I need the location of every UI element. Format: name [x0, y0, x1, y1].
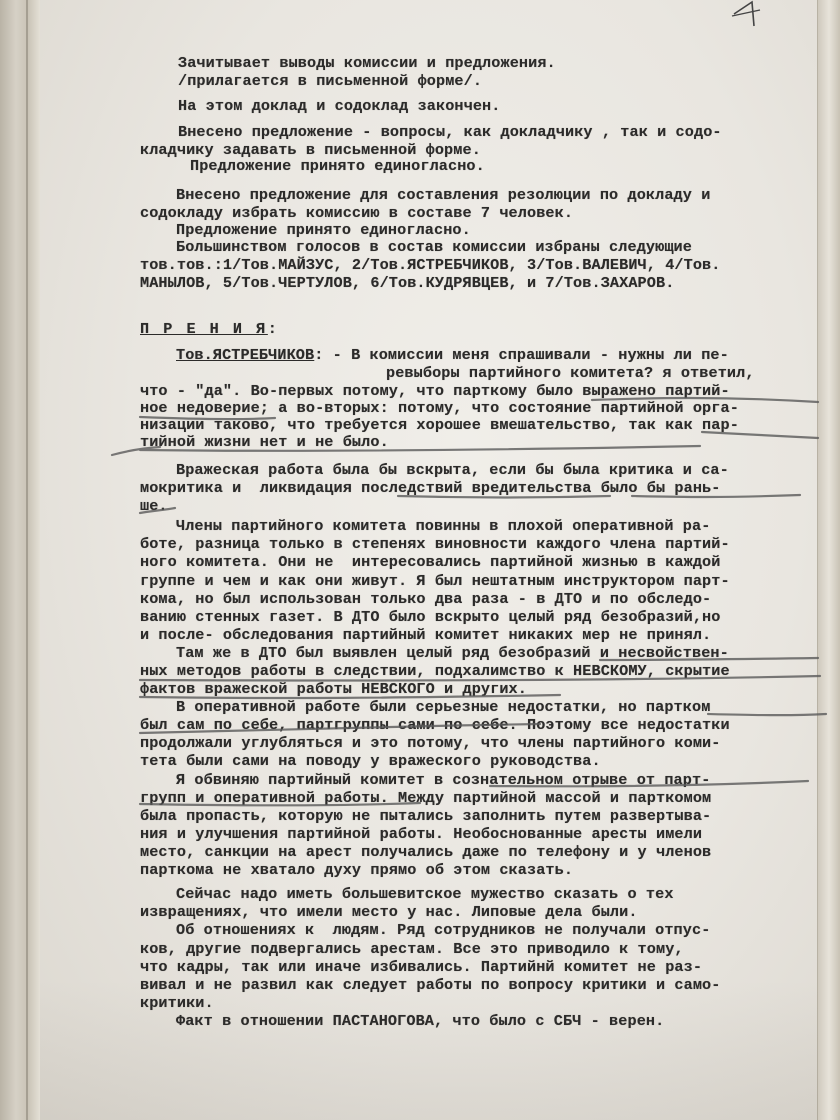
- text-line: Об отношениях к людям. Ряд сотрудников н…: [176, 921, 710, 939]
- heading-text: П Р Е Н И Я: [140, 320, 268, 338]
- text-line: критики.: [140, 994, 214, 1012]
- text-line: кома, но был использован только два раза…: [140, 590, 711, 608]
- text-line: был сам по себе, партгруппы сами по себе…: [140, 716, 730, 734]
- text-line: Там же в ДТО был выявлен целый ряд безоб…: [176, 644, 729, 662]
- text-line: /прилагается в письменной форме/.: [178, 72, 482, 90]
- text-line: ния и улучшения партийной работы. Необос…: [140, 825, 702, 843]
- text-line: тийной жизни нет и не было.: [140, 433, 389, 451]
- text-line: На этом доклад и содоклад закончен.: [178, 97, 501, 115]
- text-line: была пропасть, которую не пытались запол…: [140, 807, 711, 825]
- text-line: место, санкции на арест получались даже …: [140, 843, 711, 861]
- text-line: что кадры, так или иначе избивались. Пар…: [140, 958, 702, 976]
- text-line: Я обвиняю партийный комитет в сознательн…: [176, 771, 710, 789]
- text-line: тета были сами на поводу у вражеского ру…: [140, 752, 601, 770]
- text-line: МАНЫЛОВ, 5/Тов.ЧЕРТУЛОВ, 6/Тов.КУДРЯВЦЕВ…: [140, 274, 674, 292]
- text-line: вивал и не развил как следует работы по …: [140, 976, 720, 994]
- text-line: продолжали углубляться и это потому, что…: [140, 734, 720, 752]
- speaker-name: Тов.ЯСТРЕБЧИКОВ: [176, 346, 314, 364]
- text-line: Факт в отношении ПАСТАНОГОВА, что было с…: [176, 1012, 664, 1030]
- left-binding-edge: [0, 0, 40, 1120]
- text-line: Предложение принято единогласно.: [176, 221, 471, 239]
- binding-line: [26, 0, 28, 1120]
- text-line: групп и оперативной работы. Между партий…: [140, 789, 711, 807]
- text-line: и после- обследования партийный комитет …: [140, 626, 711, 644]
- text-line: что - "да". Во-первых потому, что партко…: [140, 382, 730, 400]
- text-line: группе и чем и как они живут. Я был нешт…: [140, 572, 730, 590]
- text-line: Зачитывает выводы комиссии и предложения…: [178, 54, 556, 72]
- section-heading: П Р Е Н И Я:: [140, 320, 277, 338]
- text-line: Члены партийного комитета повинны в плох…: [176, 517, 710, 535]
- text-line: Предложение принято единогласно.: [190, 157, 485, 175]
- text-line: парткома не хватало духу прямо об этом с…: [140, 861, 573, 879]
- text-line: : - В комиссии меня спрашивали - нужны л…: [314, 346, 729, 364]
- text-line: Большинством голосов в состав комиссии и…: [176, 238, 692, 256]
- text-line: В оперативной работе были серьезные недо…: [176, 698, 710, 716]
- text-line: низации таково, что требуется хорошее вм…: [140, 416, 739, 434]
- speaker-line: Тов.ЯСТРЕБЧИКОВ: - В комиссии меня спраш…: [176, 346, 729, 364]
- text-line: ного комитета. Они не интересовались пар…: [140, 553, 720, 571]
- text-line: Сейчас надо иметь большевитское мужество…: [176, 885, 674, 903]
- text-line: Внесено предложение для составления резо…: [176, 186, 710, 204]
- text-line: Вражеская работа была бы вскрыта, если б…: [176, 461, 729, 479]
- text-line: ванию стенных газет. В ДТО было вскрыто …: [140, 608, 720, 626]
- text-line: ков, другие подвергались арестам. Все эт…: [140, 940, 684, 958]
- text-line: мокритика и ликвидация последствий вреди…: [140, 479, 720, 497]
- text-line: ревыборы партийного комитета? я ответил,: [386, 364, 755, 382]
- text-line: фактов вражеской работы НЕВСКОГО и други…: [140, 680, 527, 698]
- handwritten-page-number-icon: [730, 0, 770, 28]
- right-page-edge: [817, 0, 840, 1120]
- text-line: ше.: [140, 497, 168, 515]
- text-line: Внесено предложение - вопросы, как докла…: [178, 123, 722, 141]
- heading-colon: :: [268, 320, 277, 338]
- text-line: ных методов работы в следствии, подхалим…: [140, 662, 730, 680]
- text-line: извращениях, что имели место у нас. Липо…: [140, 903, 638, 921]
- text-line: тов.тов.:1/Тов.МАЙЗУС, 2/Тов.ЯСТРЕБЧИКОВ…: [140, 256, 720, 274]
- text-line: содокладу избрать комиссию в составе 7 ч…: [140, 204, 573, 222]
- text-line: ное недоверие; а во-вторых: потому, что …: [140, 399, 739, 417]
- text-line: боте, разница только в степенях виновнос…: [140, 535, 730, 553]
